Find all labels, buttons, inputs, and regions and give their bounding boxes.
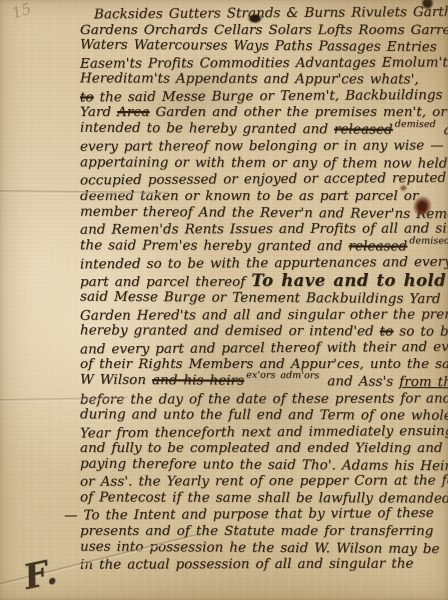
text-segment: ex'ors adm'ors [246,368,319,385]
text-segment: paying therefore unto the said Tho'. Ada… [80,456,448,474]
text-segment: so to be [393,325,448,340]
text-segment: occupied possessed or enjoyed or accepte… [80,171,448,189]
manuscript-line: Waters Watercourses Ways Paths Passages … [80,38,448,57]
text-segment: and Remen'ds Rents Issues and Profits of… [80,221,448,237]
manuscript-line: or Ass'. the Yearly rent of one pepper C… [80,474,448,492]
text-segment: demised [395,117,436,134]
bottom-left-flourish-mark: F. [20,552,60,598]
text-segment: said Messe Burge or Tenement Backbuildin… [80,290,441,308]
manuscript-line: to the said Messe Burge or Tenem't, Back… [80,87,448,106]
text-segment: Garden Hered'ts and all and singular oth… [80,307,448,323]
text-segment: to [80,90,94,105]
manuscript-line: uses into possession he the said W. Wils… [80,539,448,558]
manuscript-line: presents and of the Statute made for tra… [80,524,448,541]
manuscript-line: member thereof And the Rever'n and Rever… [80,204,448,223]
manuscript-line: part and parcel thereof To have and to h… [80,273,448,292]
text-segment: Gardens Orchards Cellars Solars Lofts Ro… [80,23,448,38]
text-segment: uses into possession he the said W. Wils… [80,539,440,557]
text-segment: Year from thenceforth next and immediate… [80,423,448,441]
text-segment: Easem'ts Profits Commodities Advantages … [80,55,448,71]
manuscript-line: the said Prem'es hereby granted and rele… [80,238,448,257]
manuscript-line: and Remen'ds Rents Issues and Profits of… [80,221,448,239]
text-segment: every part thereof now belonging or in a… [80,139,444,155]
manuscript-line: and fully to be compleated and ended Yie… [80,441,448,458]
manuscript-text: Backsides Gutters Strands & Burns Rivule… [80,6,448,574]
manuscript-line: — To the Intent and purpose that by virt… [64,506,448,526]
text-segment: Yard [80,105,117,120]
text-segment: released [349,239,408,254]
manuscript-line: deemed taken or known to be as part parc… [80,189,448,206]
manuscript-line: during and unto the full end and Term of… [80,407,448,425]
manuscript-line: Easem'ts Profits Commodities Advantages … [80,55,448,73]
manuscript-line: occupied possessed or enjoyed or accepte… [80,171,448,190]
text-segment: intended to be hereby granted and [80,120,334,137]
text-segment: to [380,325,394,340]
text-segment: of Pentecost if the same shall be lawful… [80,490,448,506]
text-segment: and fully to be compleated and ended Yie… [80,441,448,456]
manuscript-page: Backsides Gutters Strands & Burns Rivule… [0,0,448,600]
text-segment: member thereof And the Rever'n and Rever… [80,204,448,222]
manuscript-line: and every part and parcel thereof with t… [80,340,448,359]
text-segment: during and unto the full end and Term of… [80,407,448,423]
text-segment: Backsides Gutters Strands & Burns Rivule… [94,5,448,23]
text-segment: hereby granted and demised or intend'ed [80,324,380,340]
text-segment: Area [117,105,149,120]
text-segment: appertaining or with them or any of them… [80,155,448,171]
manuscript-line: W Wilson and his heirsex'ors adm'ors and… [80,373,448,393]
text-segment: the said Messe Burge or Tenem't, Backbui… [94,88,443,105]
text-segment: the said Prem'es hereby granted and [80,238,349,254]
text-segment: To have and to hold [251,271,446,290]
manuscript-line: Gardens Orchards Cellars Solars Lofts Ro… [80,23,448,40]
text-segment: — [64,509,84,524]
manuscript-line: Year from thenceforth next and immediate… [80,423,448,442]
text-segment: presents and of the Statute made for tra… [80,524,433,539]
manuscript-line: Yard Area Garden and other the premises … [80,105,448,122]
text-segment: deemed taken or known to be as part parc… [80,189,418,204]
manuscript-line: in the actual possession of all and sing… [80,556,448,574]
text-segment: or Ass'. the Yearly rent of one pepper C… [80,474,448,490]
text-segment: Hereditam'ts Appendants and Appur'ces wh… [80,71,419,87]
text-segment: and Ass's [321,374,399,390]
text-segment: demised [409,233,448,250]
pencil-margin-note: 15 [10,0,34,23]
text-segment: and every [438,123,448,139]
manuscript-line: Backsides Gutters Strands & Burns Rivule… [94,5,448,24]
manuscript-line: before the day of the date of these pres… [80,391,448,409]
text-segment: To the Intent and purpose that by virtue… [83,506,433,523]
manuscript-line: hereby granted and demised or intend'ed … [80,324,448,342]
manuscript-line: every part thereof now belonging or in a… [80,139,448,157]
manuscript-line: Hereditam'ts Appendants and Appur'ces wh… [80,71,448,89]
text-segment: before the day of the date of these pres… [80,391,448,407]
text-segment: Waters Watercourses Ways Paths Passages … [80,38,437,55]
text-segment: part and parcel thereof [80,275,251,290]
text-segment: and his heirs [152,373,244,389]
text-segment: and every part and parcel thereof with t… [80,340,448,358]
text-segment: W Wilson [80,373,152,389]
text-segment: released [334,122,393,137]
manuscript-line: Garden Hered'ts and all and singular oth… [80,307,448,325]
manuscript-line: said Messe Burge or Tenement Backbuildin… [80,290,448,309]
text-segment: in the actual possession of all and sing… [80,557,414,573]
text-segment: from the day next [399,375,448,391]
